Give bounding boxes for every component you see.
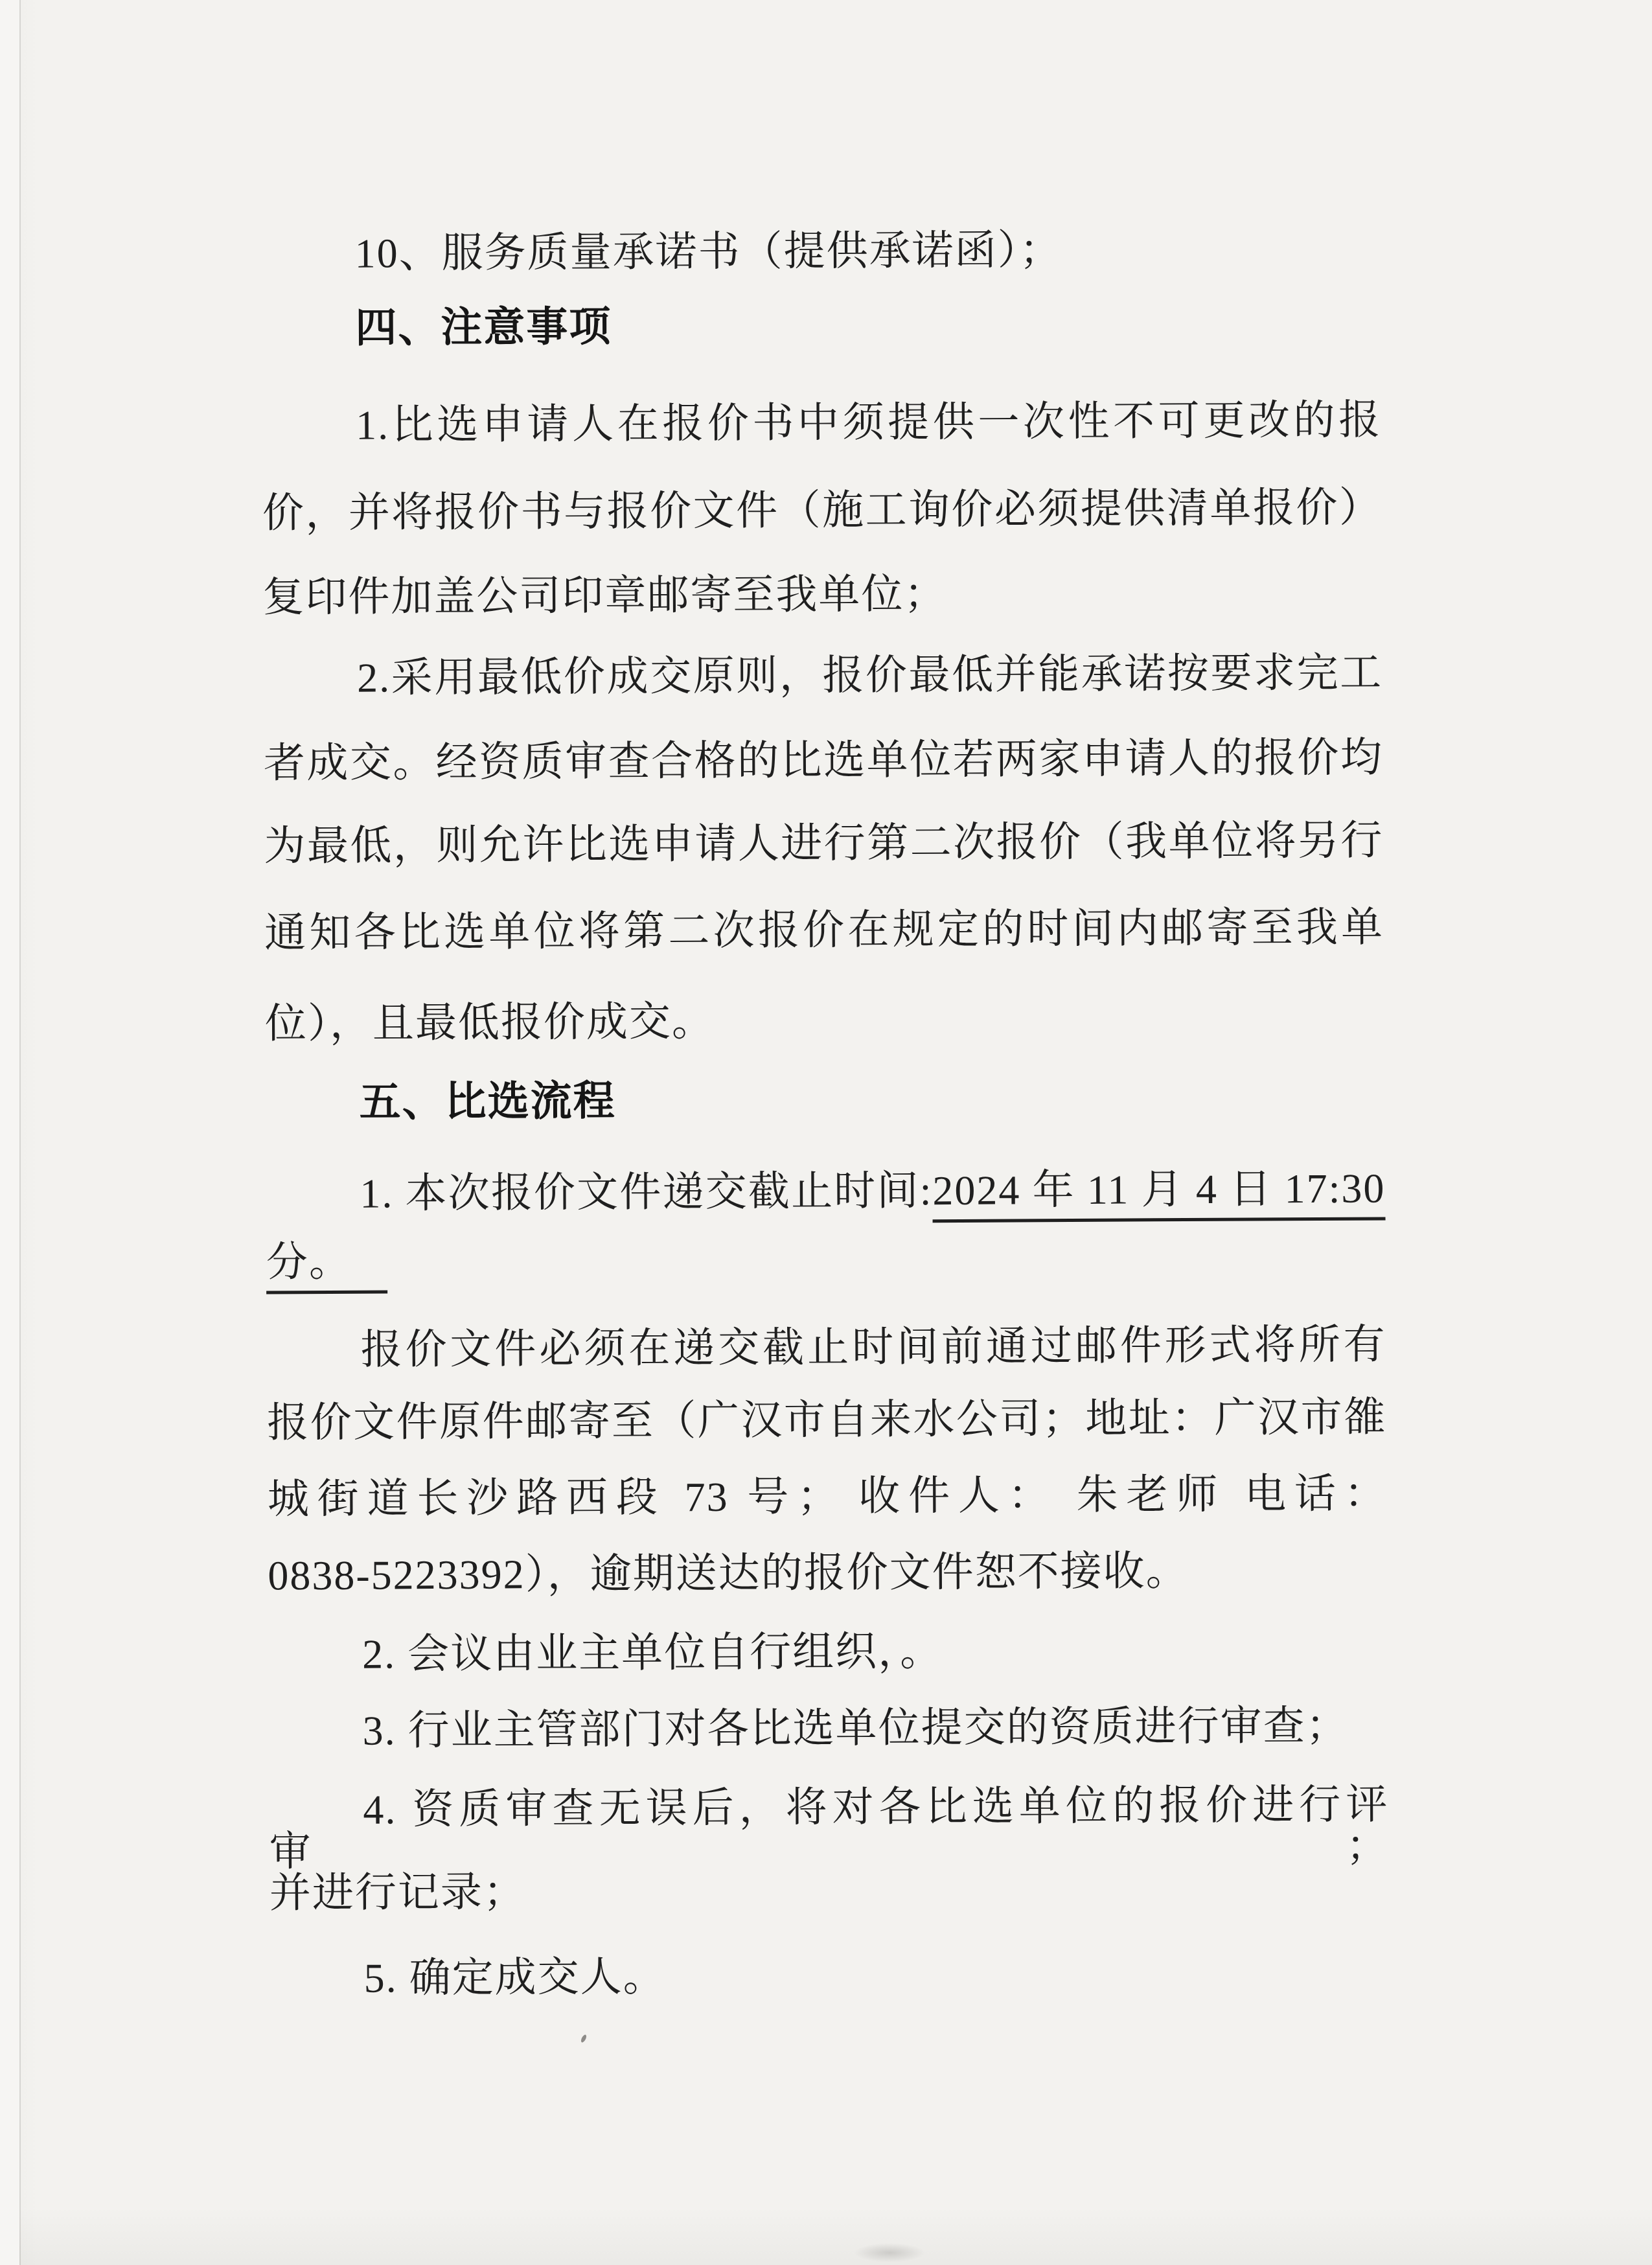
paper-edge-strip [0, 0, 19, 2265]
para-quote-rule-line-3: 复印件加盖公司印章邮寄至我单位； [262, 571, 1382, 618]
process-item-5-winner: 5. 确定成交人。 [270, 1952, 1389, 1999]
para-lowest-price-line-2: 者成交。经资质审查合格的比选单位若两家申请人的报价均 [264, 737, 1383, 784]
para-quote-rule-line-1: 1.比选申请人在报价书中须提供一次性不可更改的报 [262, 399, 1381, 446]
para-mailing-line-1: 报价文件必须在递交截止时间前通过邮件形式将所有 [266, 1324, 1386, 1371]
process-item-4-evaluation-line-1: 4. 资质审查无误后，将对各比选单位的报价进行评审； [269, 1784, 1389, 1872]
deadline-date-underlined: 2024 年 11 月 4 日 17:30 [932, 1165, 1385, 1223]
process-item-4-evaluation-line-2: 并进行记录； [270, 1867, 1389, 1914]
process-item-3-review: 3. 行业主管部门对各比选单位提交的资质进行审查； [268, 1705, 1388, 1752]
para-mailing-line-3: 城街道长沙路西段 73 号； 收件人： 朱老师 电话： [268, 1473, 1387, 1520]
para-mailing-line-4: 0838-5223392），逾期送达的报价文件恕不接收。 [268, 1549, 1387, 1596]
scan-smudge [854, 2243, 925, 2262]
section-heading-selection-process: 五、比选流程 [265, 1076, 1384, 1123]
deadline-prefix: 1. 本次报价文件递交截止时间: [360, 1167, 932, 1217]
para-lowest-price-line-4: 通知各比选单位将第二次报价在规定的时间内邮寄至我单 [264, 906, 1384, 954]
document-text-block: 10、服务质量承诺书（提供承诺函）； 四、注意事项 1.比选申请人在报价书中须提… [260, 0, 1391, 2265]
process-item-2-meeting: 2. 会议由业主单位自行组织，。 [268, 1628, 1388, 1675]
deadline-line: 1. 本次报价文件递交截止时间:2024 年 11 月 4 日 17:30 [266, 1167, 1385, 1215]
deadline-suffix-line: 分。 [266, 1236, 1386, 1283]
deadline-suffix-underlined: 分。 [266, 1239, 387, 1294]
para-lowest-price-line-3: 为最低，则允许比选申请人进行第二次报价（我单位将另行 [264, 820, 1383, 867]
paper-crease-line [19, 0, 21, 2265]
scanned-page: 10、服务质量承诺书（提供承诺函）； 四、注意事项 1.比选申请人在报价书中须提… [0, 0, 1652, 2265]
para-mailing-line-2: 报价文件原件邮寄至（广汉市自来水公司；地址：广汉市雒 [267, 1396, 1386, 1443]
para-lowest-price-line-1: 2.采用最低价成交原则，报价最低并能承诺按要求完工 [263, 652, 1382, 699]
para-lowest-price-line-5: 位），且最低报价成交。 [265, 997, 1384, 1044]
list-item-10-service-promise: 10、服务质量承诺书（提供承诺函）； [261, 227, 1381, 275]
para-quote-rule-line-2: 价，并将报价书与报价文件（施工询价必须提供清单报价） [262, 487, 1382, 534]
section-heading-precautions: 四、注意事项 [261, 302, 1381, 349]
